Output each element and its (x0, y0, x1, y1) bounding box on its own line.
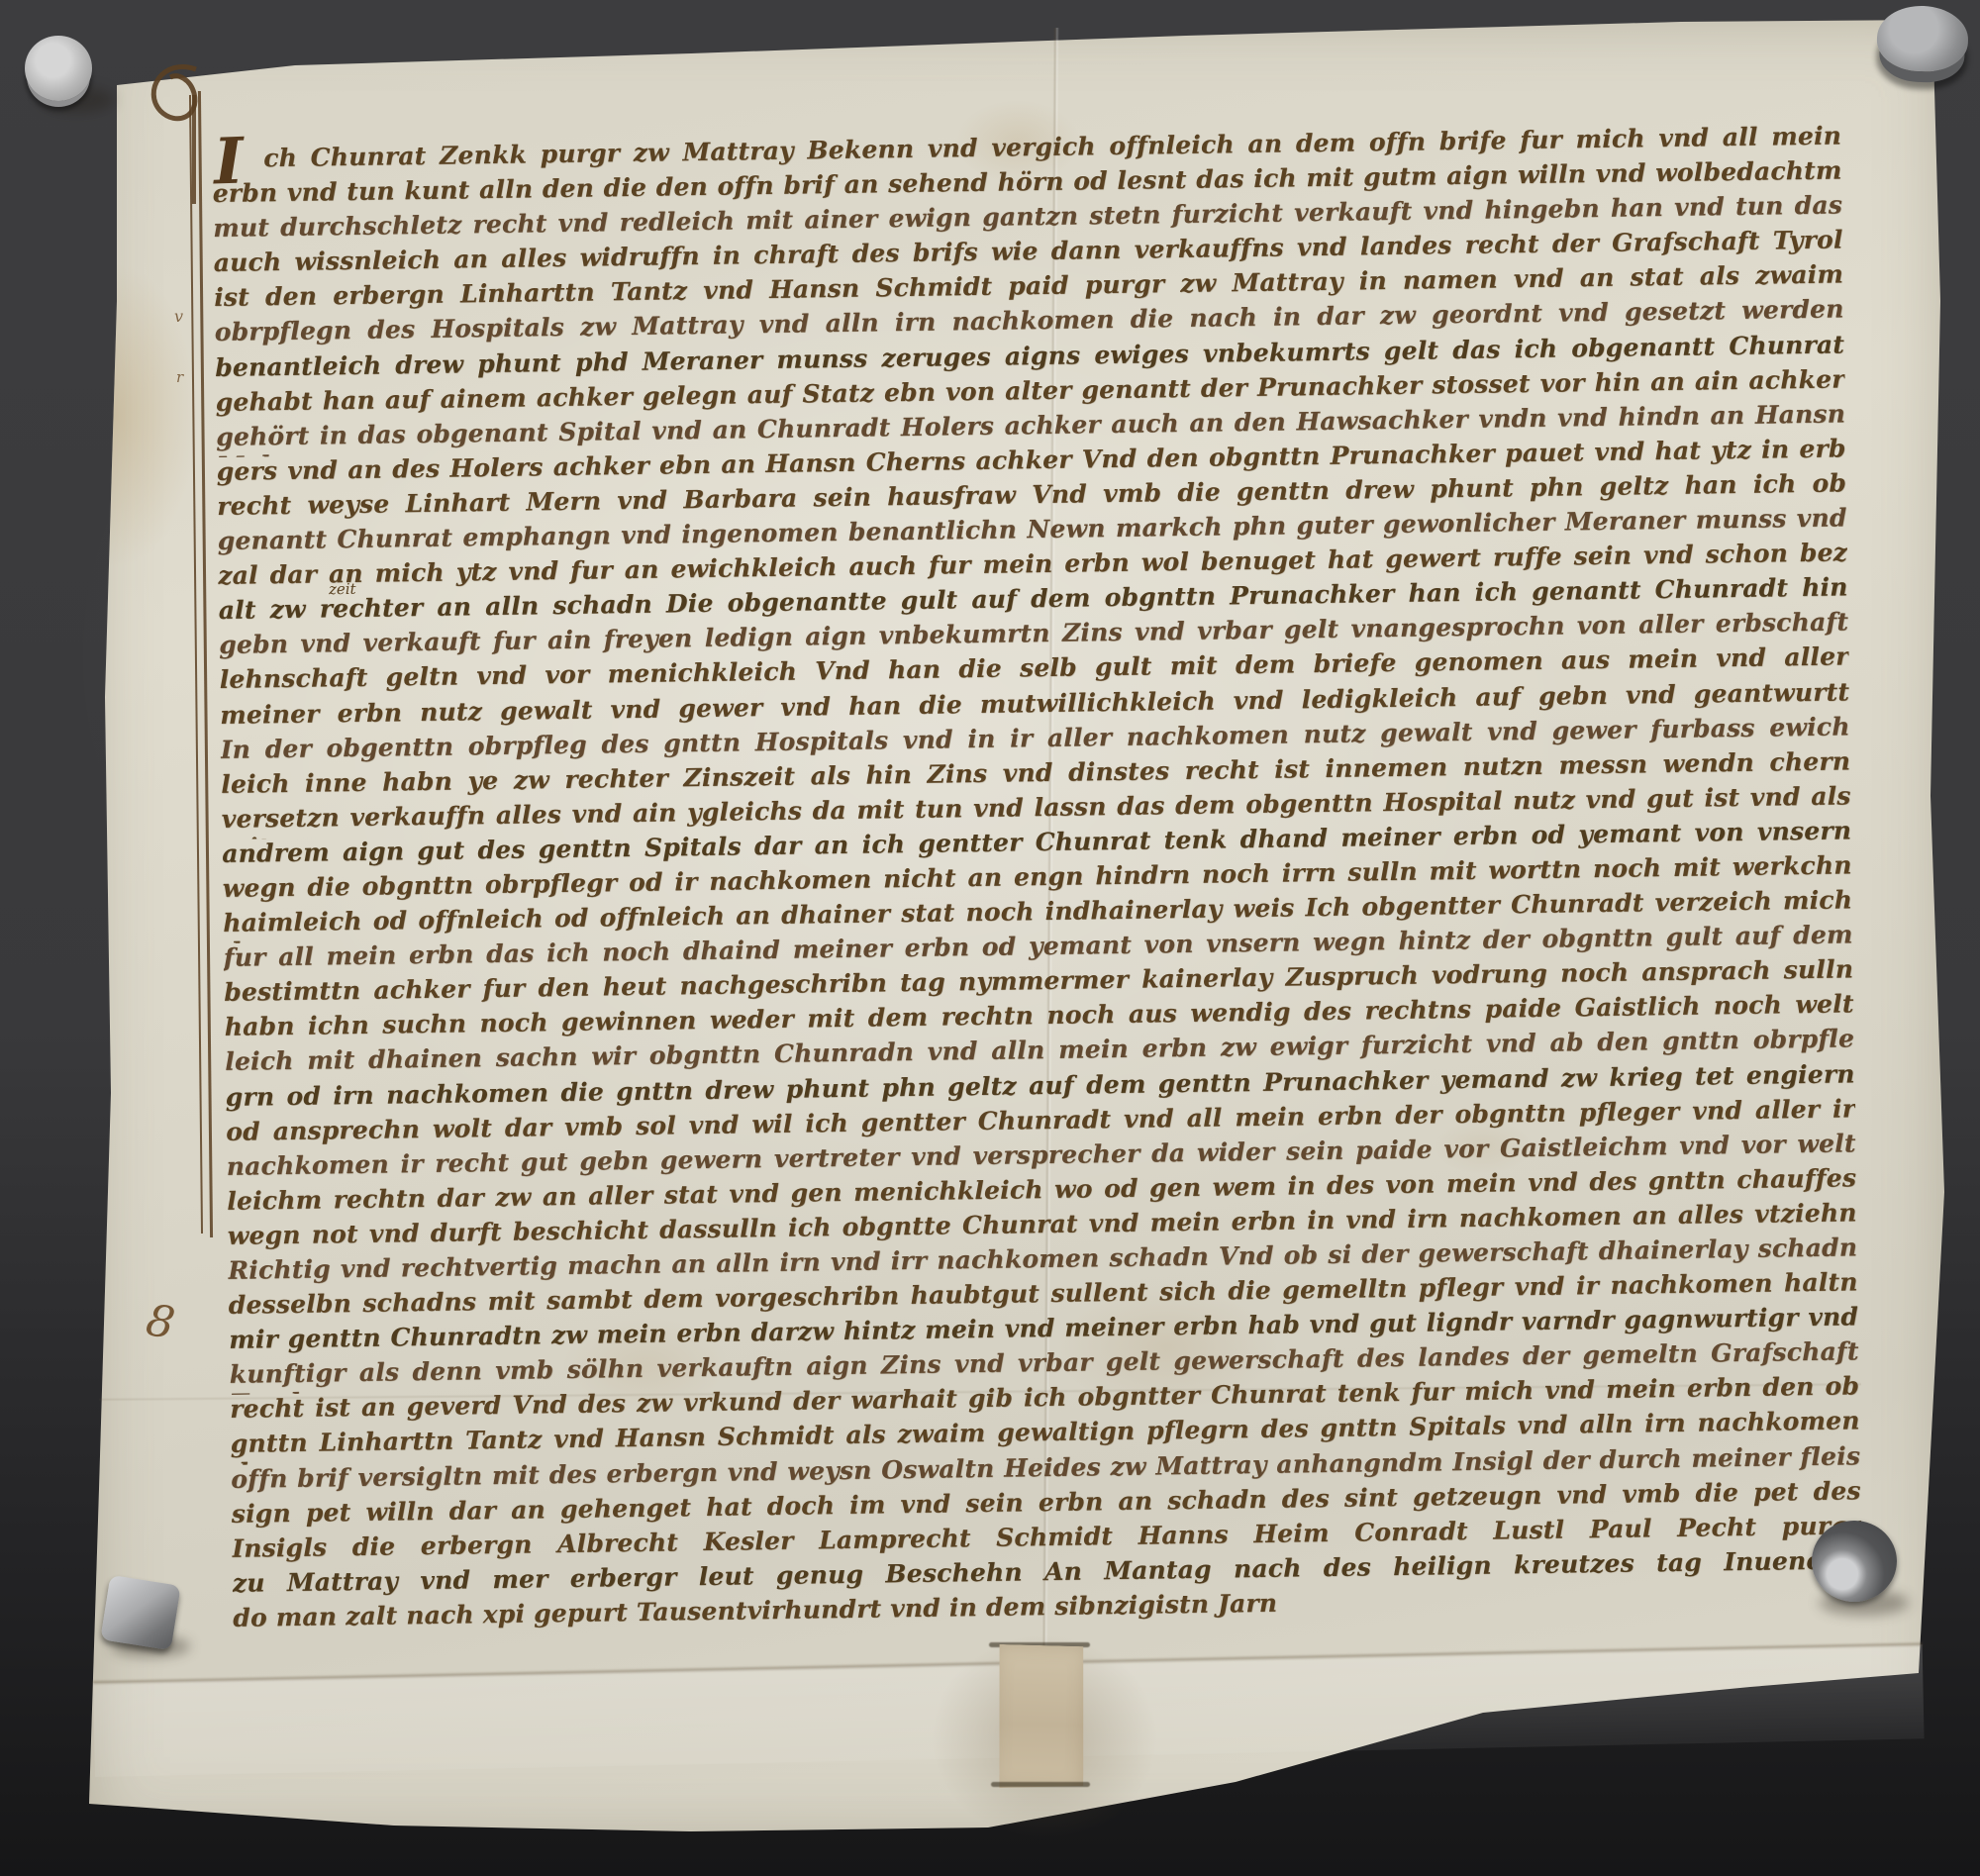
metal-weight-top-left (25, 36, 92, 101)
metal-weight-bottom-right (1812, 1521, 1897, 1602)
parchment-slit-bottom (991, 1782, 1090, 1787)
margin-pen-mark: v (174, 307, 183, 326)
metal-weight-bottom-left (100, 1575, 180, 1650)
margin-pen-mark: r (176, 368, 183, 386)
interlinear-insertion: zeit (329, 580, 356, 598)
initial-flourish-loop (135, 55, 224, 214)
photograph-background: I v r 8 ch Chunrat Zenkk purgr zw Mattra… (0, 0, 1980, 1876)
seal-tag-strip (992, 1644, 1087, 1790)
charter-text-block: ch Chunrat Zenkk purgr zw Mattray Bekenn… (212, 121, 1862, 1637)
metal-weight-top-right (1876, 4, 1969, 72)
